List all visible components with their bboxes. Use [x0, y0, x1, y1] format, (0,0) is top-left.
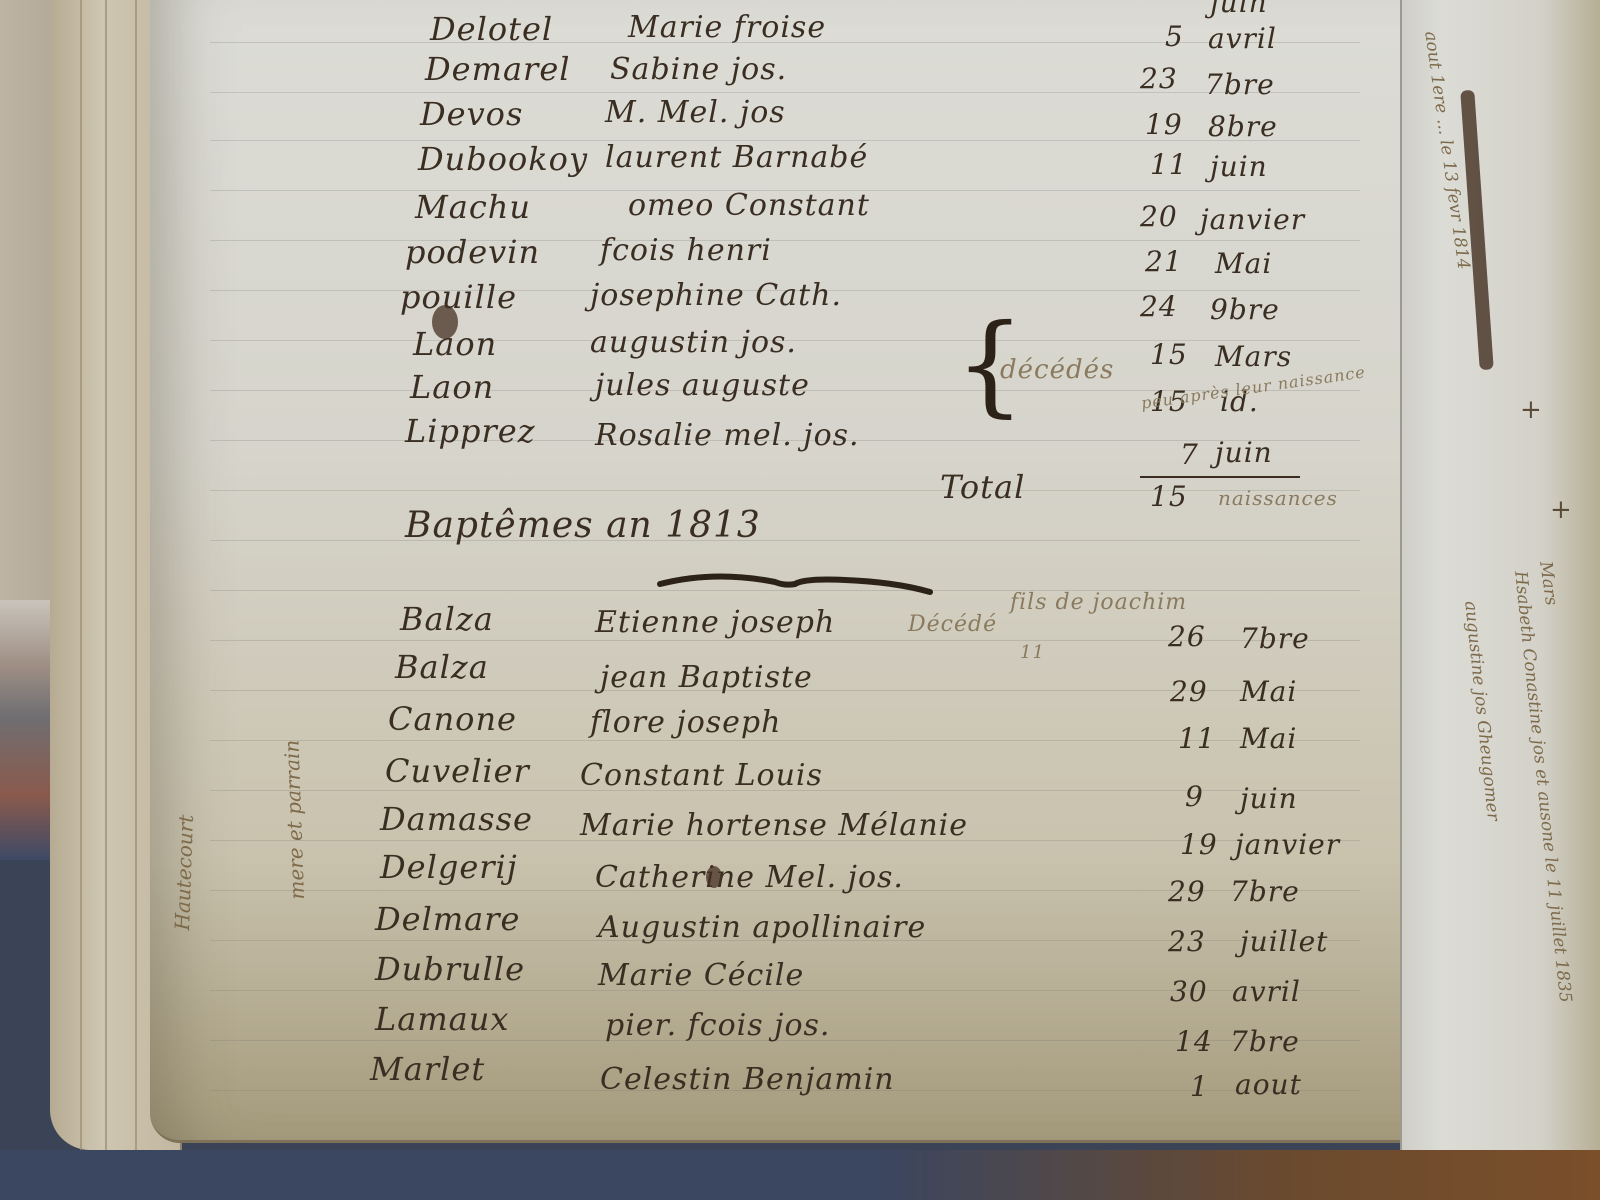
entry-surname: podevin: [405, 233, 540, 271]
deceased-note: décédés: [1000, 355, 1114, 385]
entry-day: 30: [1170, 975, 1208, 1008]
entry-given-names: Marie hortense Mélanie: [580, 808, 968, 843]
entry-given-names: Catherine Mel. jos.: [595, 860, 904, 895]
entry-month: 9bre: [1210, 293, 1280, 326]
cross-mark: +: [1520, 395, 1542, 425]
entry-surname: Cuvelier: [385, 752, 530, 790]
entry-surname: Devos: [420, 95, 523, 133]
entry-given-names: fcois henri: [600, 233, 772, 268]
entry-given-names: augustin jos.: [590, 325, 797, 360]
cross-mark: +: [1550, 495, 1572, 525]
marginal-mark: 11: [1020, 642, 1045, 663]
entry-given-names: jules auguste: [595, 368, 810, 403]
entry-day: 19: [1145, 108, 1183, 141]
entry-day: 26: [1168, 620, 1206, 653]
entry-day: 21: [1145, 245, 1183, 278]
entry-month: Mai: [1240, 722, 1297, 755]
entry-surname: Balza: [395, 648, 489, 686]
entry-month: janvier: [1235, 828, 1340, 861]
background-table: [0, 1150, 1600, 1200]
entry-given-names: M. Mel. jos: [605, 95, 786, 130]
entry-month: juin: [1215, 436, 1273, 469]
section-title: Baptêmes an 1813: [405, 505, 761, 546]
left-margin-note: Hautecourt: [170, 814, 198, 931]
entry-day: 23: [1168, 925, 1206, 958]
entry-given-names: Augustin apollinaire: [598, 910, 926, 945]
entry-given-names: pier. fcois jos.: [605, 1008, 830, 1043]
total-note: naissances: [1218, 486, 1338, 510]
entry-day: 15: [1150, 338, 1188, 371]
entry-day: 7: [1180, 438, 1199, 471]
entry-given-names: flore joseph: [590, 705, 781, 740]
ink-stain: [706, 866, 722, 888]
total-value: 15: [1150, 480, 1188, 513]
entry-day: 1: [1190, 1070, 1209, 1103]
entry-month: avril: [1208, 22, 1277, 55]
entry-surname: Delmare: [375, 900, 520, 938]
entry-given-names: laurent Barnabé: [605, 140, 868, 175]
entry-surname: Marlet: [370, 1050, 485, 1088]
entry-month: 7bre: [1230, 1025, 1300, 1058]
entry-day: 11: [1150, 148, 1188, 181]
entry-month: Mai: [1240, 675, 1297, 708]
total-underline: [1140, 476, 1300, 478]
entry-month: aout: [1235, 1068, 1302, 1101]
entry-month: 7bre: [1240, 622, 1310, 655]
entry-given-names: Rosalie mel. jos.: [595, 418, 860, 453]
entry-day: 11: [1178, 722, 1216, 755]
entry-surname: Delotel: [430, 10, 553, 48]
partial-month: juin: [1210, 0, 1268, 19]
entry-month: Mai: [1215, 247, 1272, 280]
entry-surname: Demarel: [425, 50, 570, 88]
entry-day: 20: [1140, 200, 1178, 233]
entry-given-names: Celestin Benjamin: [600, 1062, 895, 1097]
entry-month: juin: [1210, 150, 1268, 183]
entry-surname: Dubrulle: [375, 950, 525, 988]
entry-surname: Laon: [410, 368, 494, 406]
entry-day: 29: [1170, 675, 1208, 708]
entry-surname: Balza: [400, 600, 494, 638]
ink-stain: [432, 305, 458, 339]
entry-month: juin: [1240, 782, 1298, 815]
entry-day: 24: [1140, 290, 1178, 323]
entry-day: 9: [1185, 780, 1204, 813]
entry-month: janvier: [1200, 203, 1305, 236]
entry-surname: Delgerij: [380, 848, 518, 886]
entry-note: Décédé: [908, 612, 997, 637]
entry-surname: Machu: [415, 188, 531, 226]
entry-given-names: Sabine jos.: [610, 52, 787, 87]
entry-given-names: Constant Louis: [580, 758, 823, 793]
entry-month: 7bre: [1230, 875, 1300, 908]
entry-given-names: Etienne joseph: [595, 605, 835, 640]
entry-given-names: Marie froise: [628, 10, 826, 45]
entry-month: Mars: [1215, 340, 1292, 373]
entry-surname: Canone: [388, 700, 517, 738]
entry-day: 29: [1168, 875, 1206, 908]
entry-surname: pouille: [400, 278, 517, 316]
entry-month: 7bre: [1205, 68, 1275, 101]
entry-given-names: Marie Cécile: [598, 958, 804, 993]
entry-surname: Lipprez: [405, 412, 536, 450]
entry-month: avril: [1232, 975, 1301, 1008]
entry-day: 23: [1140, 62, 1178, 95]
entry-given-names: omeo Constant: [628, 188, 870, 223]
entry-day: 19: [1180, 828, 1218, 861]
entry-given-names: josephine Cath.: [590, 278, 842, 313]
marginal-note-father: fils de joachim: [1010, 590, 1187, 615]
entry-day: 14: [1175, 1025, 1213, 1058]
entry-given-names: jean Baptiste: [600, 660, 813, 695]
entry-surname: Lamaux: [375, 1000, 509, 1038]
entry-month: juillet: [1240, 925, 1328, 958]
entry-surname: Dubookoy: [418, 140, 588, 178]
entry-day: 5: [1165, 20, 1184, 53]
entry-month: 8bre: [1208, 110, 1278, 143]
title-flourish: [655, 572, 935, 598]
total-label: Total: [940, 468, 1025, 506]
entry-surname: Damasse: [380, 800, 533, 838]
